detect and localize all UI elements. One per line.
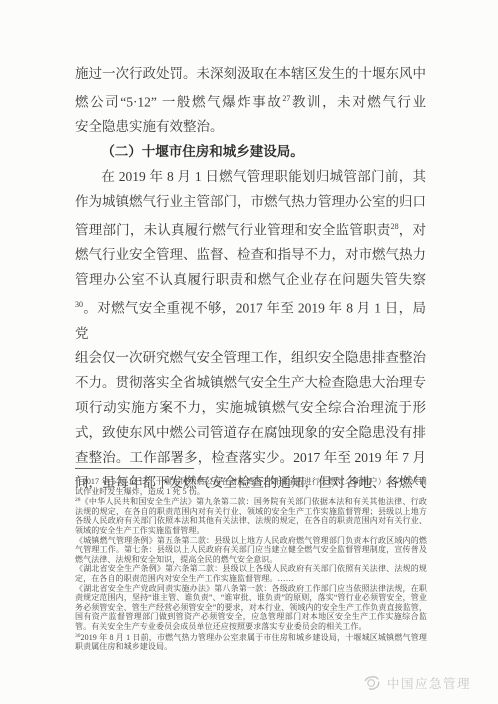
body-line: 项行动实施方案不力，实施城镇燃气安全综合治理流于形 <box>75 396 426 421</box>
body-text: 施过一次行政处罚。未深刻汲取在本辖区发生的十堰东风中燃公司“5·12” 一般燃气… <box>75 62 426 496</box>
body-line: 在 2019 年 8 月 1 日燃气管理职能划归城管部门前，其 <box>75 165 426 190</box>
watermark-label: 中国应急管理 <box>387 674 471 692</box>
footnote-item: 27 2017 年 5 月 12 日，十堰东风中燃公司在对张湾区艺朗珠宝店进行天… <box>75 476 427 496</box>
document-page: 施过一次行政处罚。未深刻汲取在本辖区发生的十堰东风中燃公司“5·12” 一般燃气… <box>0 0 498 704</box>
body-line: 管理办公室不认真履行职责和燃气企业存在问题失管失察 <box>75 268 426 293</box>
footnote-item: 《湖北省安全生产党政同责实施办法》第八条第一款：各级政府工作部门应当依照法律法规… <box>75 584 427 632</box>
body-line: 管理部门，未认真履行燃气行业管理和安全监管职责28，对 <box>75 215 426 243</box>
footnote-item: 《城镇燃气管理条例》第五条第二款：县级以上地方人民政府燃气管理部门负责本行政区域… <box>75 536 427 565</box>
footnote-ref: 27 <box>75 477 81 483</box>
body-line: 燃气行业安全管理、监督、检查和指导不力，对市燃气热力 <box>75 243 426 268</box>
footnote-ref: 30 <box>75 300 83 309</box>
footnote-item: 28《中华人民共和国安全生产法》第九条第二款：国务院有关部门依据本法和有关其他法… <box>75 496 427 535</box>
footnote-ref: 27 <box>282 94 290 103</box>
footnote-separator <box>75 468 194 469</box>
body-line: 30。对燃气安全重视不够，2017 年至 2019 年 8 月 1 日，局党 <box>75 293 426 346</box>
footnotes: 27 2017 年 5 月 12 日，十堰东风中燃公司在对张湾区艺朗珠宝店进行天… <box>75 476 427 652</box>
footnote-ref: 28 <box>75 497 81 503</box>
body-line: 燃公司“5·12” 一般燃气爆炸事故27教训，未对燃气行业 <box>75 87 426 115</box>
section-heading: （二）十堰市住房和城乡建设局。 <box>75 140 426 165</box>
body-line: 不力。贯彻落实全省城镇燃气安全生产大检查隐患大治理专 <box>75 371 426 396</box>
body-line: 式，致使东风中燃公司管道存在腐蚀现象的安全隐患没有排 <box>75 421 426 446</box>
body-line: 组会仅一次研究燃气安全管理工作，组织安全隐患排查整治 <box>75 346 426 371</box>
emergency-management-logo-icon <box>362 673 382 693</box>
footnote-item: 302019 年 8 月 1 日前，市燃气热力管理办公室隶属于市住房和城乡建设局… <box>75 632 427 652</box>
body-line: 作为城镇燃气行业主管部门，市燃气热力管理办公室的归口 <box>75 190 426 215</box>
footnote-ref: 30 <box>75 633 81 639</box>
footnote-item: 《湖北省安全生产条例》第六条第二款：县级以上各级人民政府有关部门依照有关法律、法… <box>75 564 427 583</box>
body-line: 安全隐患实施有效整治。 <box>75 115 426 140</box>
watermark: 中国应急管理 <box>362 673 471 693</box>
footnote-ref: 28 <box>391 222 399 231</box>
body-line: 施过一次行政处罚。未深刻汲取在本辖区发生的十堰东风中 <box>75 62 426 87</box>
